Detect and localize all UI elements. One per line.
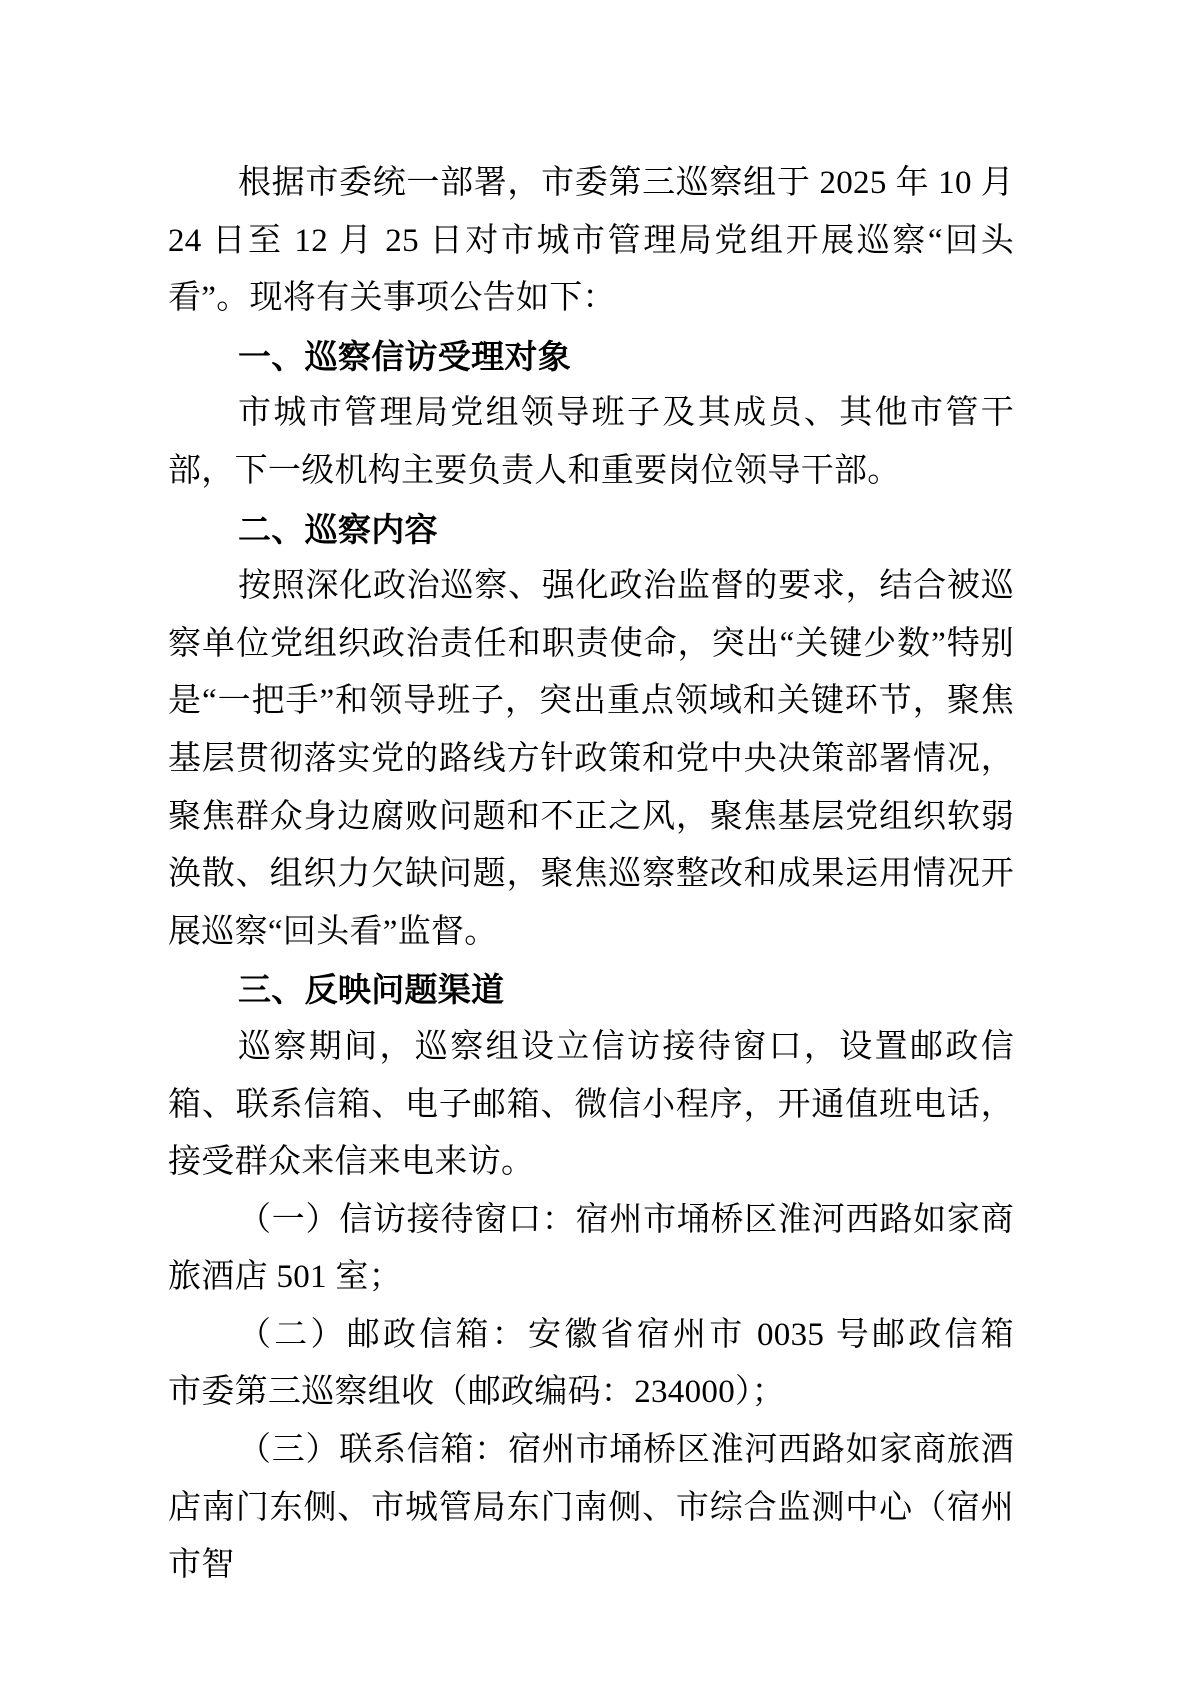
body-paragraph: （二）邮政信箱：安徽省宿州市 0035 号邮政信箱 市委第三巡察组收（邮政编码：… xyxy=(168,1307,1014,1422)
body-paragraph: 根据市委统一部署，市委第三巡察组于 2025 年 10 月 24 日至 12 月… xyxy=(168,155,1014,328)
section-heading: 一、巡察信访受理对象 xyxy=(168,328,1014,386)
document-page: 根据市委统一部署，市委第三巡察组于 2025 年 10 月 24 日至 12 月… xyxy=(0,0,1190,1683)
body-paragraph: 市城市管理局党组领导班子及其成员、其他市管干部，下一级机构主要负责人和重要岗位领… xyxy=(168,385,1014,500)
section-heading: 三、反映问题渠道 xyxy=(168,961,1014,1019)
document-body: 根据市委统一部署，市委第三巡察组于 2025 年 10 月 24 日至 12 月… xyxy=(168,155,1014,1595)
section-heading: 二、巡察内容 xyxy=(168,501,1014,559)
body-paragraph: （一）信访接待窗口：宿州市埇桥区淮河西路如家商旅酒店 501 室； xyxy=(168,1192,1014,1307)
body-paragraph: （三）联系信箱：宿州市埇桥区淮河西路如家商旅酒店南门东侧、市城管局东门南侧、市综… xyxy=(168,1422,1014,1595)
body-paragraph: 按照深化政治巡察、强化政治监督的要求，结合被巡察单位党组织政治责任和职责使命，突… xyxy=(168,558,1014,961)
body-paragraph: 巡察期间，巡察组设立信访接待窗口，设置邮政信箱、联系信箱、电子邮箱、微信小程序，… xyxy=(168,1019,1014,1192)
